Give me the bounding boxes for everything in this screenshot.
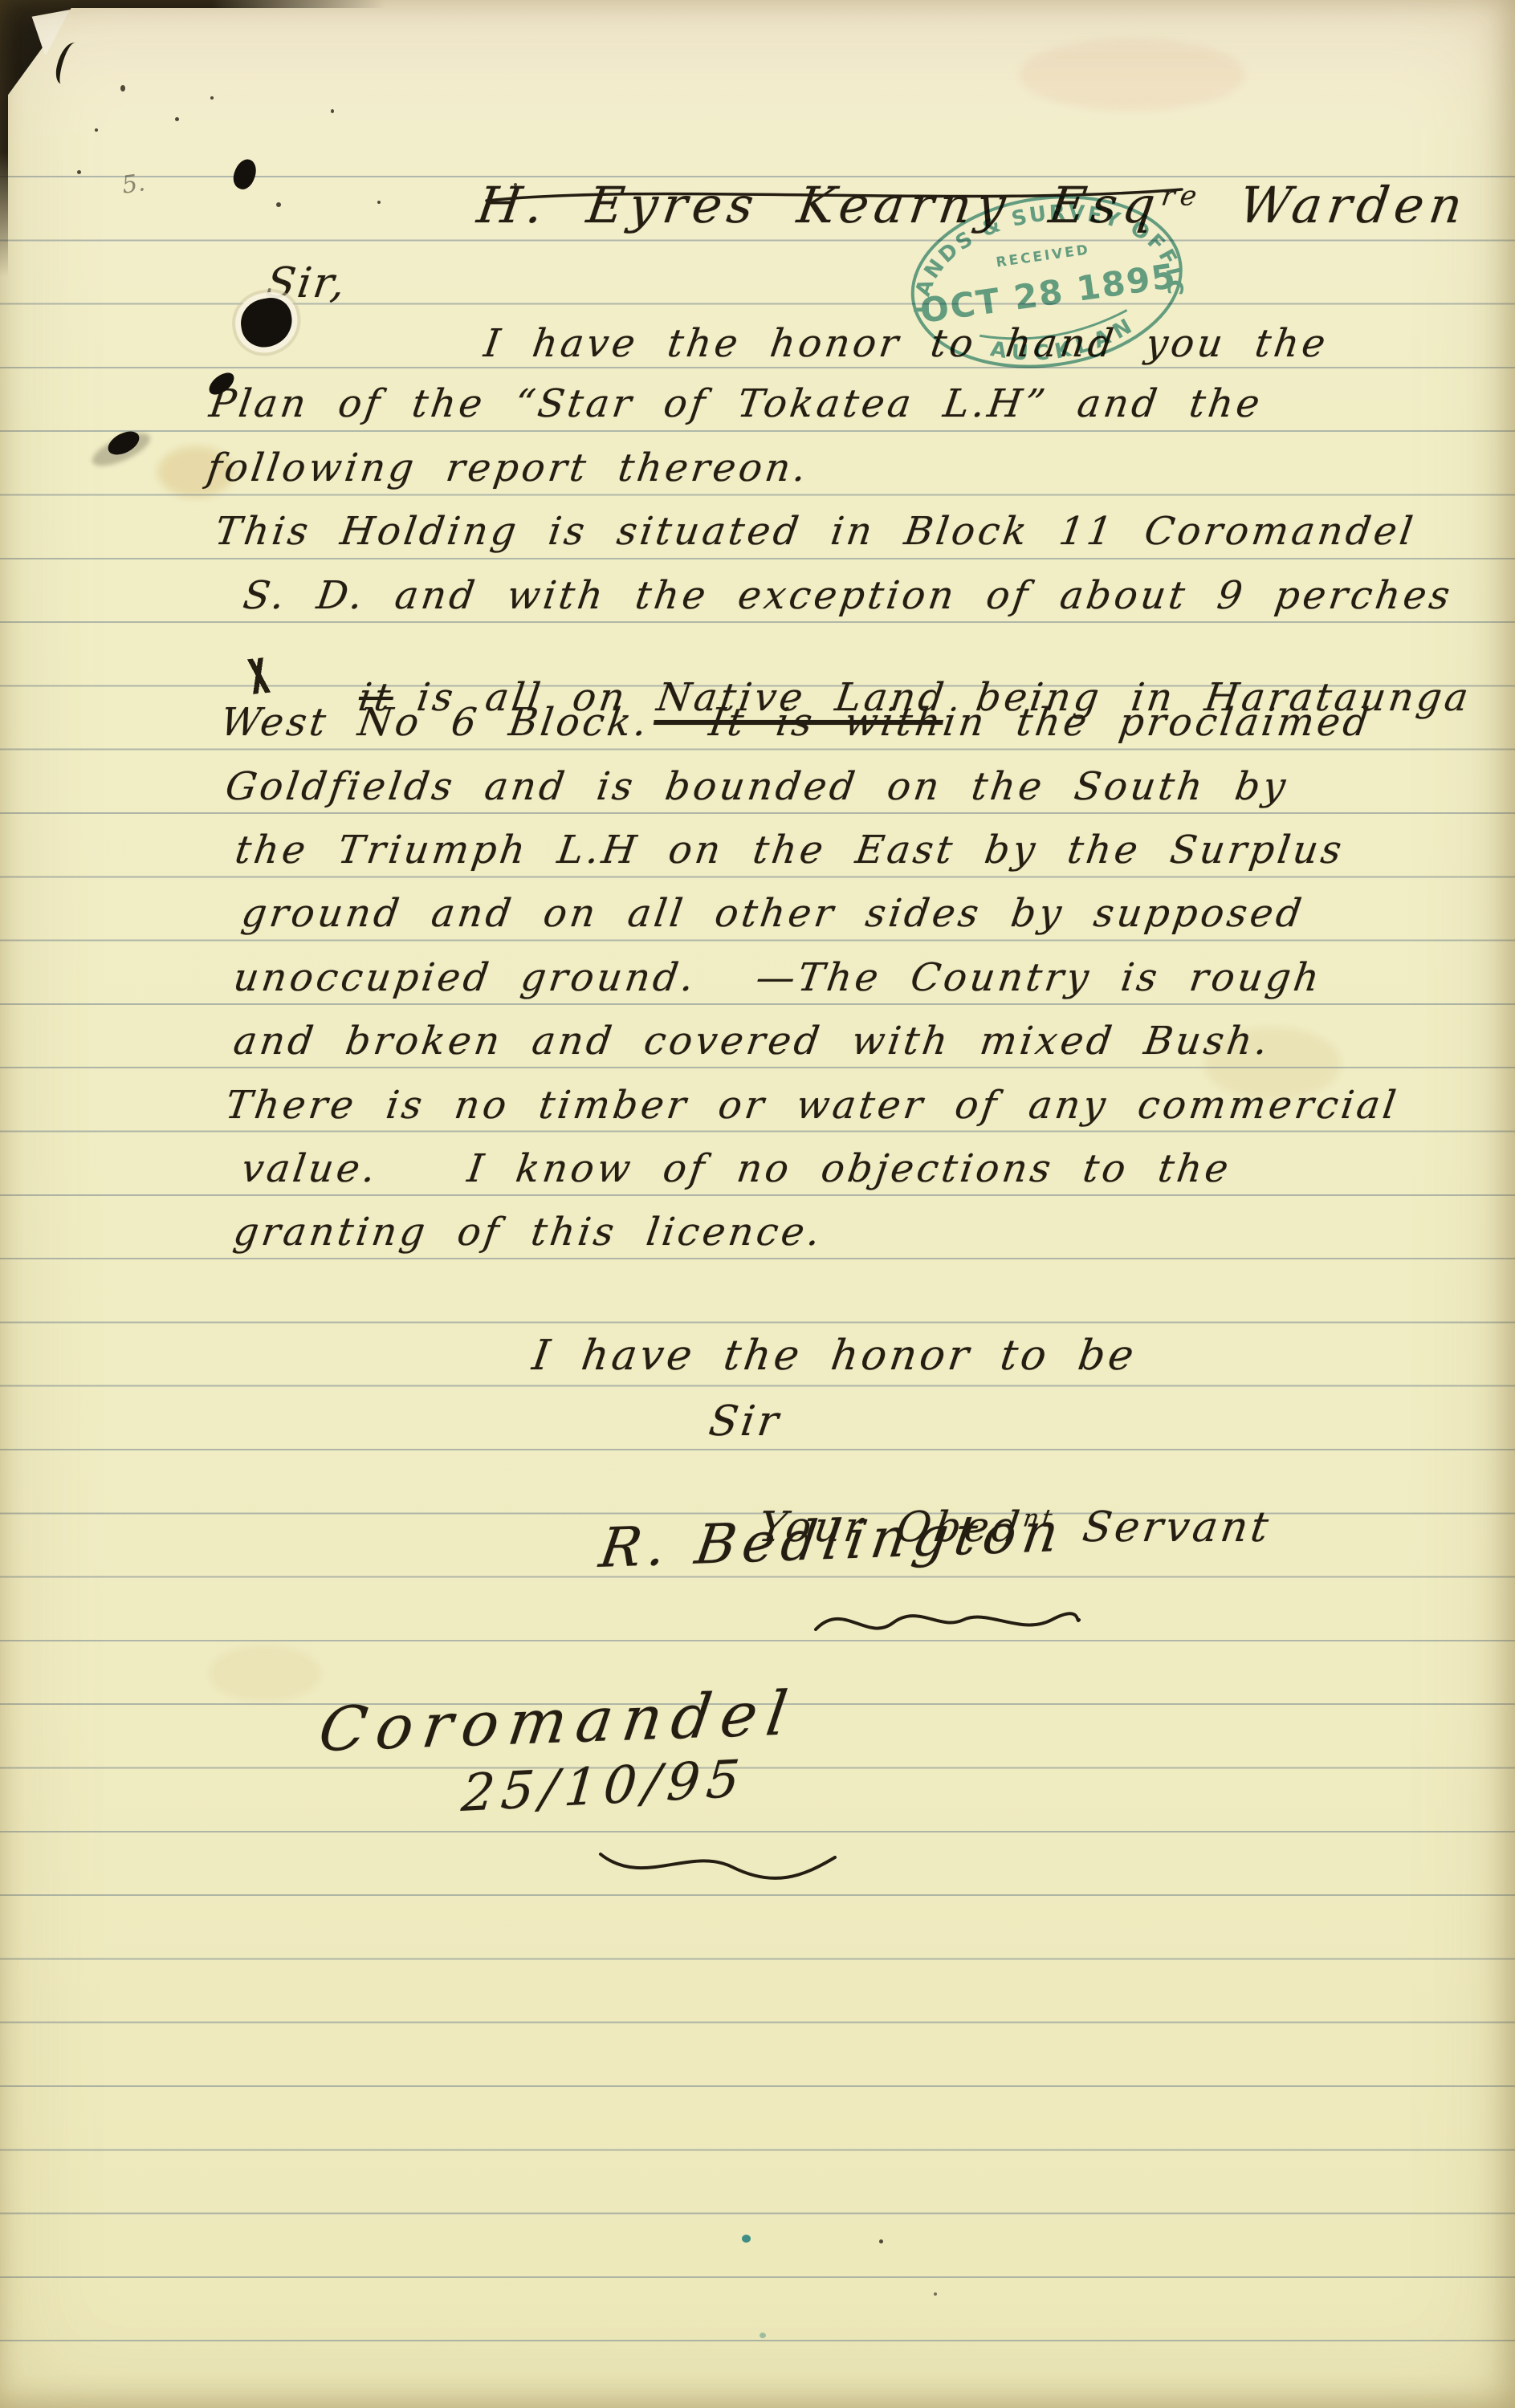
closing-line: Sir bbox=[707, 1401, 784, 1442]
stamp-date-text: OCT 28 1895 bbox=[918, 256, 1179, 331]
ink-speck bbox=[377, 201, 381, 204]
body-line: ground and on all other sides by suppose… bbox=[239, 894, 1307, 933]
paper-stain bbox=[1020, 39, 1244, 111]
body-line: unoccupied ground. —The Country is rough bbox=[231, 958, 1325, 997]
date-flourish bbox=[594, 1837, 843, 1894]
body-line: the Triumph L.H on the East by the Surpl… bbox=[233, 831, 1347, 869]
pen-stroke-mark bbox=[53, 40, 83, 87]
servant-post: Servant bbox=[1050, 1503, 1274, 1552]
body-line: Plan of the “Star of Tokatea L.H” and th… bbox=[207, 384, 1265, 423]
ink-scratch-out bbox=[224, 655, 293, 697]
ink-speck bbox=[276, 202, 281, 207]
pencil-mark: 5. bbox=[120, 169, 147, 200]
ink-speck bbox=[879, 2239, 883, 2243]
ink-speck bbox=[934, 2292, 937, 2296]
body-line: value. I know of no objections to the bbox=[239, 1149, 1234, 1188]
letter-page: 5. H. Eyres Kearny Esqre Warden Sir, I h… bbox=[0, 0, 1515, 2408]
stamp-received-text: RECEIVED bbox=[995, 242, 1091, 270]
signature-flourish bbox=[811, 1596, 1084, 1652]
ink-speck bbox=[514, 183, 517, 186]
closing-line: I have the honor to be bbox=[530, 1335, 1139, 1377]
body-line: There is no timber or water of any comme… bbox=[223, 1086, 1401, 1125]
body-line: S. D. and with the exception of about 9 … bbox=[241, 576, 1456, 615]
body-line: and broken and covered with mixed Bush. bbox=[231, 1022, 1273, 1060]
ink-speck bbox=[331, 109, 334, 113]
ink-speck bbox=[120, 85, 125, 92]
lands-survey-office-stamp: LANDS & SURVEY OFFICE RECEIVED OCT 28 18… bbox=[885, 158, 1210, 408]
addressee-title: Warden bbox=[1196, 176, 1471, 234]
ink-speck bbox=[95, 128, 98, 132]
body-line: granting of this licence. bbox=[231, 1213, 825, 1251]
ink-speck bbox=[77, 170, 81, 174]
teal-ink-dot bbox=[742, 2235, 751, 2243]
body-line: Goldfields and is bounded on the South b… bbox=[223, 767, 1291, 806]
body-line: This Holding is situated in Block 11 Cor… bbox=[213, 512, 1418, 551]
body-line: West No 6 Block. It is within the procla… bbox=[218, 703, 1374, 742]
ink-speck bbox=[175, 117, 179, 121]
teal-ink-dot bbox=[760, 2333, 766, 2338]
ink-speck bbox=[210, 96, 214, 100]
body-line: following report thereon. bbox=[205, 449, 812, 487]
